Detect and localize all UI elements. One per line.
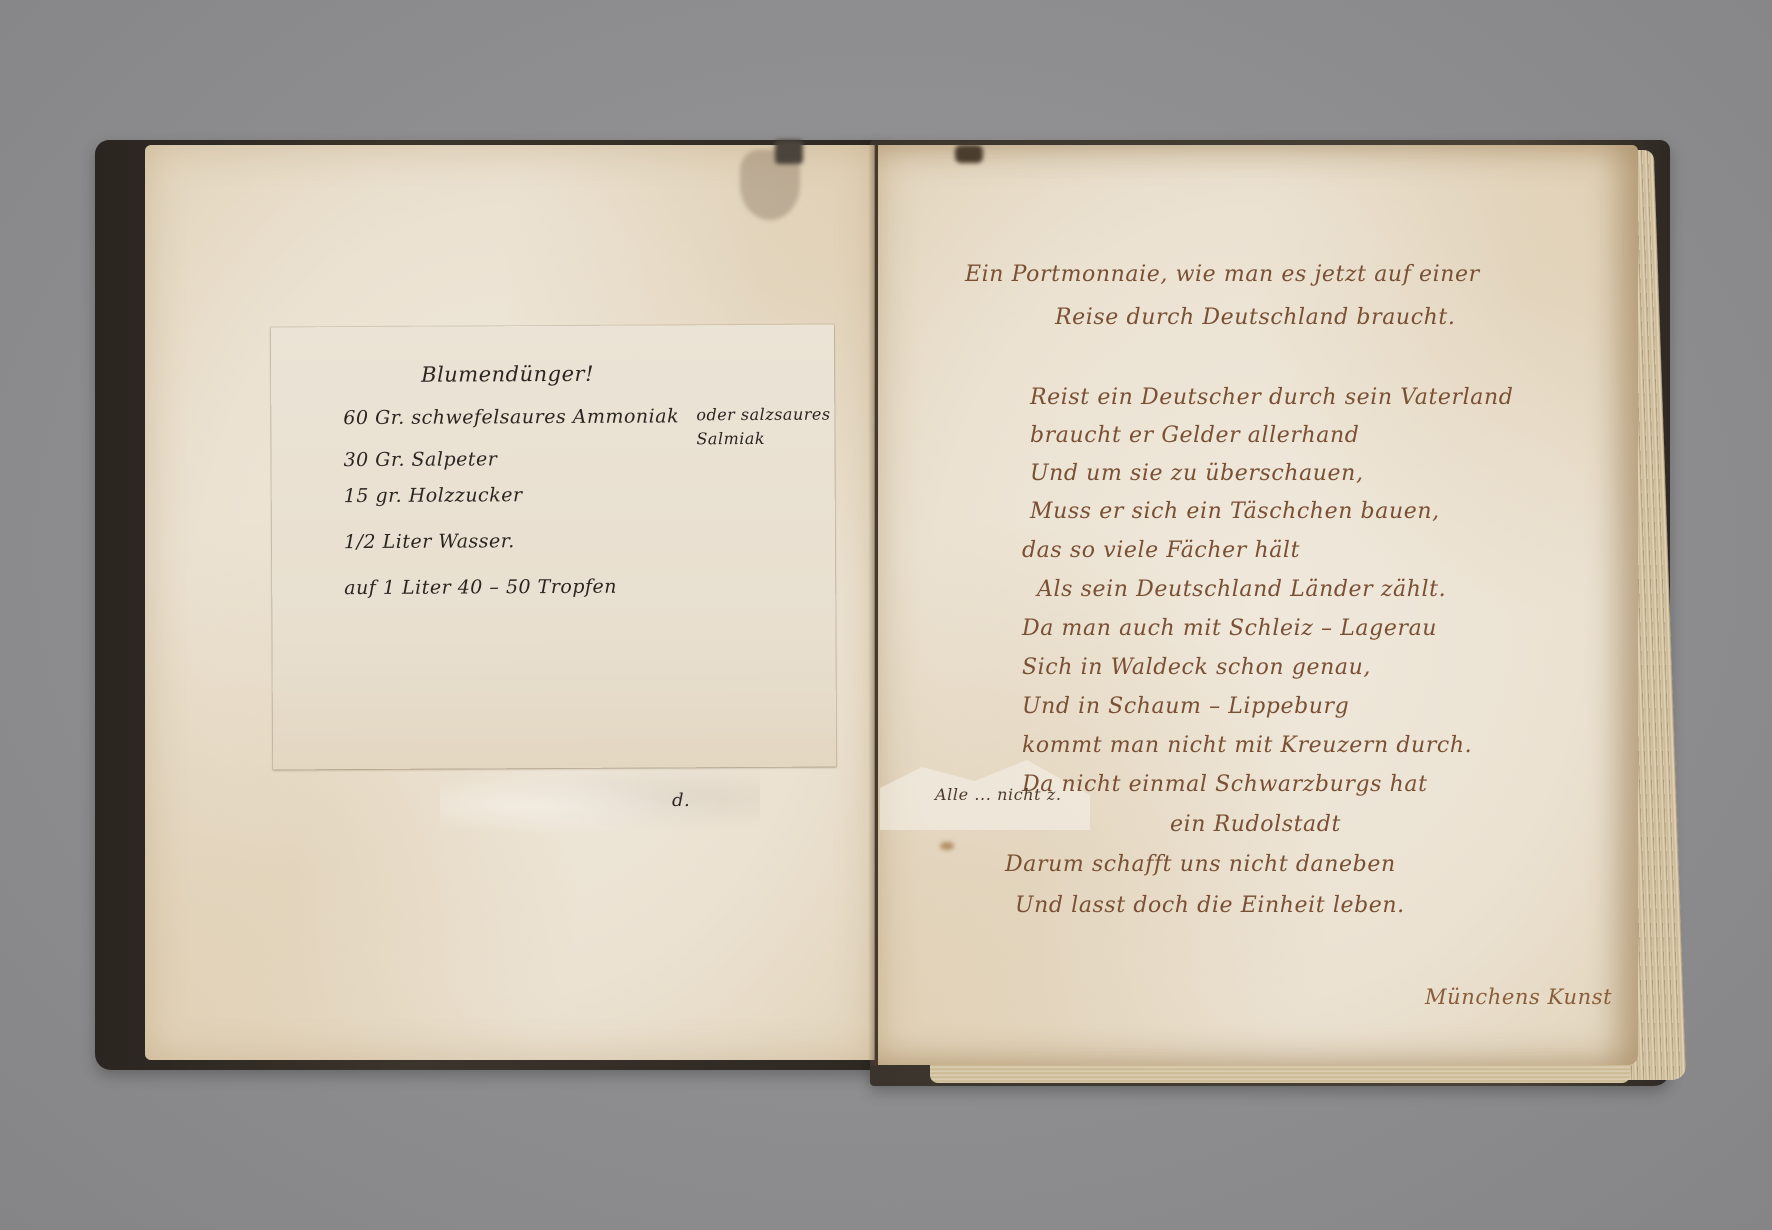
poem-line: das so viele Fächer hält	[1022, 538, 1300, 563]
poem-line: Da nicht einmal Schwarzburgs hat	[1022, 772, 1428, 797]
signature: Münchens Kunst	[1425, 985, 1612, 1009]
heading-line: Reise durch Deutschland braucht.	[1055, 305, 1455, 330]
tape-residue	[775, 140, 803, 164]
ink-blot	[940, 842, 954, 850]
below-card-mark: d.	[672, 790, 690, 811]
card-line: 60 Gr. schwefelsaures Ammoniak	[343, 405, 679, 429]
poem-line: braucht er Gelder allerhand	[1030, 423, 1359, 448]
poem-line: Darum schafft uns nicht daneben	[1005, 852, 1396, 877]
open-book: Blumendünger! 60 Gr. schwefelsaures Ammo…	[0, 0, 1772, 1230]
card-line: 30 Gr. Salpeter	[343, 448, 497, 471]
card-line: 15 gr. Holzzucker	[344, 484, 523, 507]
poem-line: Als sein Deutschland Länder zählt.	[1037, 577, 1446, 602]
poem-line: Da man auch mit Schleiz – Lagerau	[1022, 616, 1437, 641]
margin-note: Alle ... nicht z.	[935, 785, 1062, 804]
poem-line: kommt man nicht mit Kreuzern durch.	[1022, 733, 1472, 758]
poem-line: Und lasst doch die Einheit leben.	[1015, 893, 1405, 918]
card-line: auf 1 Liter 40 – 50 Tropfen	[344, 576, 617, 599]
poem-line: Muss er sich ein Täschchen bauen,	[1030, 499, 1440, 524]
poem-line: Und in Schaum – Lippeburg	[1022, 694, 1349, 719]
tape-residue	[955, 145, 983, 163]
card-margin-note: oder salzsaures	[696, 405, 830, 425]
card-line: 1/2 Liter Wasser.	[344, 530, 515, 553]
pasted-recipe-card: Blumendünger! 60 Gr. schwefelsaures Ammo…	[271, 325, 836, 770]
poem-line: Und um sie zu überschauen,	[1030, 461, 1364, 486]
poem-line: Reist ein Deutscher durch sein Vaterland	[1030, 385, 1513, 410]
heading-line: Ein Portmonnaie, wie man es jetzt auf ei…	[965, 262, 1480, 287]
glue-marks	[440, 770, 760, 840]
poem-line: Sich in Waldeck schon genau,	[1022, 655, 1371, 680]
card-margin-note: Salmiak	[696, 429, 765, 448]
card-title: Blumendünger!	[421, 362, 594, 387]
poem-line: ein Rudolstadt	[1170, 812, 1341, 837]
